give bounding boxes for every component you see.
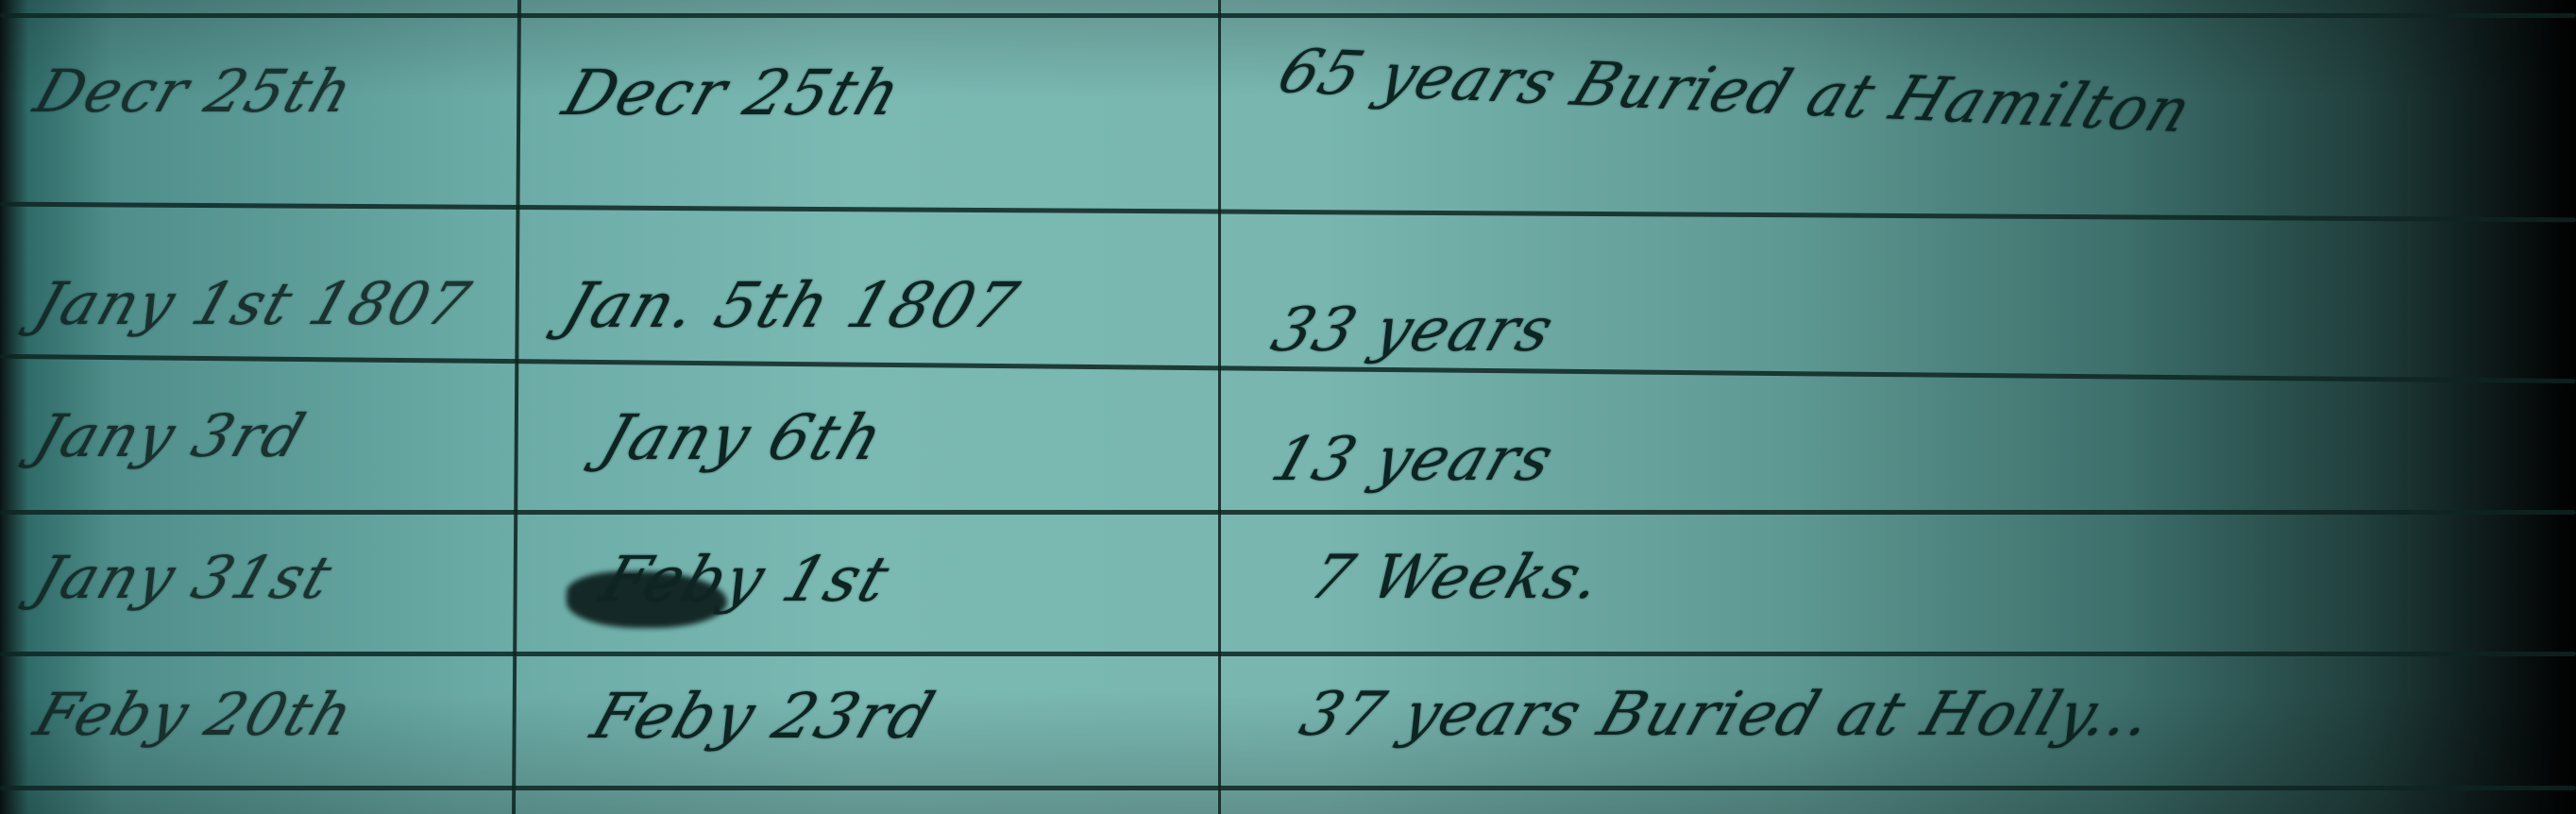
date-of-burial: Decr 25th <box>554 57 911 129</box>
date-of-death: Jany 3rd <box>26 401 314 470</box>
date-of-death: Jany 31st <box>26 543 342 612</box>
column-divider-2 <box>1218 0 1221 814</box>
ruled-line <box>0 202 2576 223</box>
date-of-death: Decr 25th <box>26 57 363 126</box>
date-of-death: Jany 1st 1807 <box>26 269 480 338</box>
register-page: Decr 25th Decr 25th 65 years Buried at H… <box>0 0 2576 814</box>
ruled-line <box>0 786 2576 790</box>
ruled-line <box>0 652 2576 656</box>
date-of-burial: Feby 1st <box>592 543 899 616</box>
age-remarks: 7 Weeks. <box>1301 543 1612 613</box>
age-remarks: 37 years Buried at Holly... <box>1292 680 2162 750</box>
age-remarks: 65 years Buried at Hamilton <box>1269 37 2202 146</box>
column-divider-1 <box>512 0 521 814</box>
date-of-burial: Feby 23rd <box>583 680 944 753</box>
date-of-burial: Jany 6th <box>592 401 893 474</box>
ruled-line <box>0 510 2576 515</box>
age-remarks: 33 years <box>1263 296 1563 365</box>
age-remarks: 13 years <box>1263 425 1563 495</box>
date-of-burial: Jan. 5th 1807 <box>554 269 1027 342</box>
date-of-death: Feby 20th <box>26 680 363 749</box>
ruled-line <box>0 13 2576 18</box>
